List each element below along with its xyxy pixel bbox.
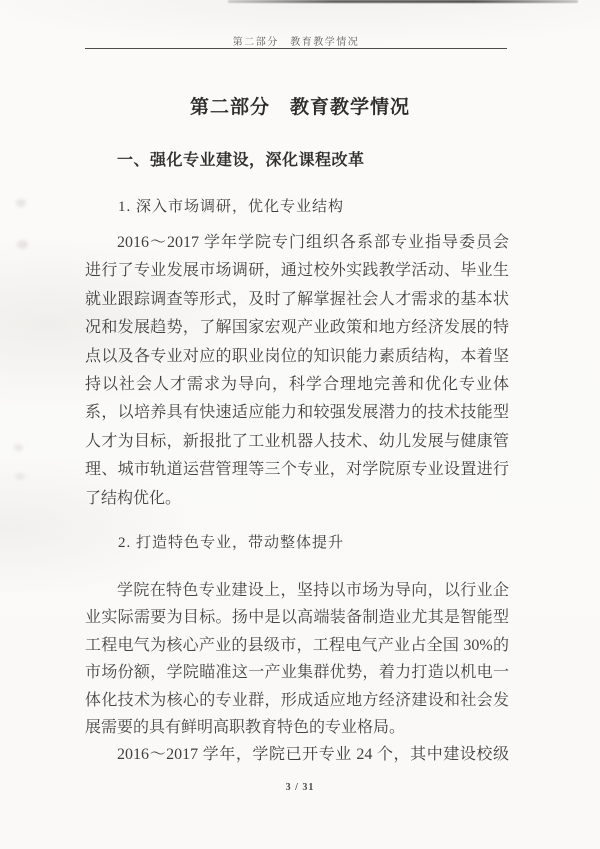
text-line: 了结构优化。 [85, 485, 509, 513]
scan-artifact [17, 240, 28, 249]
paragraph-2: 学院在特色专业建设上，坚持以市场为导向，以行业企 业实际需要为目标。扬中是以高端… [85, 577, 509, 741]
text-line: 理、城市轨道运营管理等三个专业，对学院原专业设置进行 [85, 456, 509, 484]
text-line: 体化技术为核心的专业群，形成适应地方经济建设和社会发 [85, 687, 509, 714]
text-line: 工程电气为核心产业的县级市，工程电气产业占全国 30%的 [85, 632, 509, 659]
text-line: 就业跟踪调查等形式，及时了解掌握社会人才需求的基本状 [85, 286, 509, 314]
scanned-document-page: 第二部分 教育教学情况 第二部分 教育教学情况 一、强化专业建设，深化课程改革 … [0, 0, 600, 849]
text-line: 人才为目标，新报批了工业机器人技术、幼儿发展与健康管 [85, 428, 509, 456]
scan-artifact [16, 199, 26, 207]
scan-edge-shadow [228, 0, 578, 3]
text-line: 2016～2017 学年，学院已开专业 24 个，其中建设校级 [85, 741, 509, 769]
text-line: 持以社会人才需求为导向，科学合理地完善和优化专业体 [85, 371, 509, 399]
subsection-heading-2: 2. 打造特色专业，带动整体提升 [85, 531, 542, 552]
text-line: 业实际需要为目标。扬中是以高端装备制造业尤其是智能型 [85, 604, 509, 631]
section-heading: 一、强化专业建设，深化课程改革 [85, 147, 541, 170]
page-number: 3 / 31 [0, 782, 600, 793]
running-header: 第二部分 教育教学情况 [85, 33, 507, 48]
text-line: 点以及各专业对应的职业岗位的知识能力素质结构，本着坚 [85, 343, 509, 371]
text-line: 市场份额，学院瞄准这一产业集群优势，着力打造以机电一 [85, 659, 509, 686]
text-line: 况和发展趋势，了解国家宏观产业政策和地方经济发展的特 [85, 314, 509, 342]
paragraph-1: 2016～2017 学年学院专门组织各系部专业指导委员会 进行了专业发展市场调研… [85, 229, 509, 513]
subsection-heading-1: 1. 深入市场调研，优化专业结构 [85, 195, 542, 216]
text-line: 2016～2017 学年学院专门组织各系部专业指导委员会 [85, 229, 509, 257]
text-line: 系，以培养具有快速适应能力和较强发展潜力的技术技能型 [85, 399, 509, 427]
text-line: 展需要的具有鲜明高职教育特色的专业格局。 [85, 714, 509, 741]
document-title: 第二部分 教育教学情况 [0, 92, 600, 119]
header-rule [85, 48, 507, 49]
paragraph-3: 2016～2017 学年，学院已开专业 24 个，其中建设校级 [85, 741, 509, 769]
text-line: 学院在特色专业建设上，坚持以市场为导向，以行业企 [85, 577, 509, 604]
scan-artifact [14, 444, 23, 451]
text-line: 进行了专业发展市场调研，通过校外实践教学活动、毕业生 [85, 257, 509, 285]
scan-artifact [15, 473, 25, 480]
